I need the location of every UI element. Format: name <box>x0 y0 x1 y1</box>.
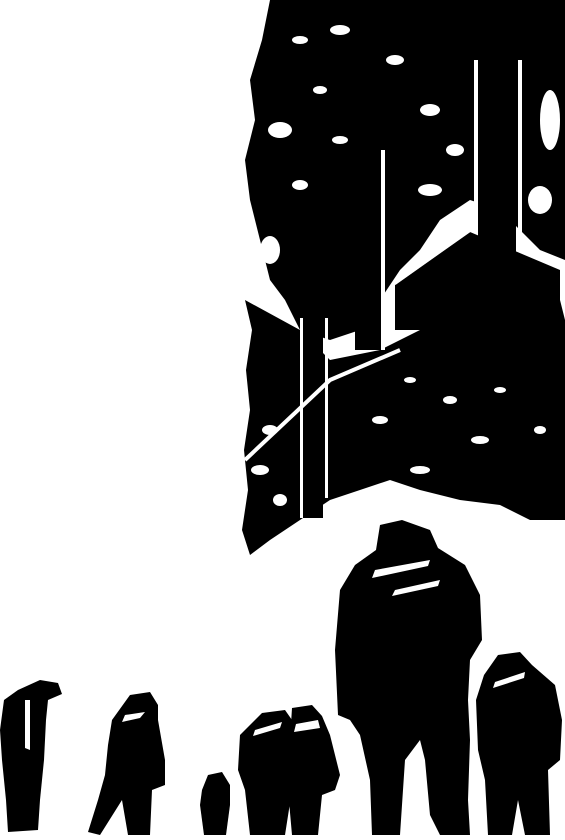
illustration <box>0 0 565 840</box>
